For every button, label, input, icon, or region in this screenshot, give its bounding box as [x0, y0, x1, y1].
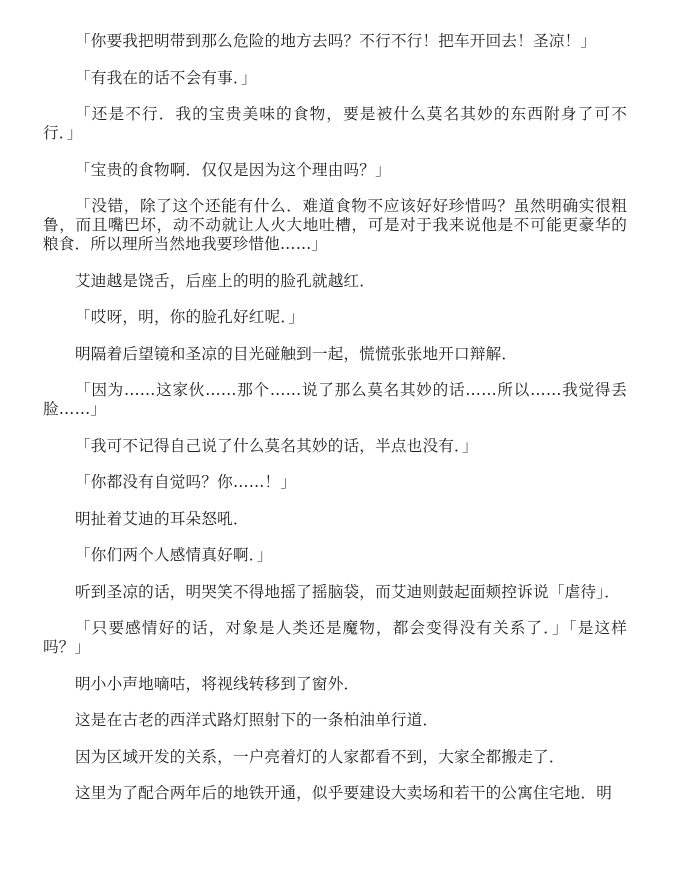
paragraph: 「你要我把明带到那么危险的地方去吗？不行不行！把车开回去！圣凉！」 — [43, 32, 627, 51]
paragraph: 「宝贵的食物啊．仅仅是因为这个理由吗？」 — [43, 161, 627, 180]
paragraph: 「我可不记得自己说了什么莫名其妙的话，半点也没有．」 — [43, 437, 627, 456]
paragraph: 「你们两个人感情真好啊．」 — [43, 546, 627, 565]
paragraph: 「因为……这家伙……那个……说了那么莫名其妙的话……所以……我觉得丢脸……」 — [43, 381, 627, 419]
paragraph: 「没错，除了这个还能有什么．难道食物不应该好好珍惜吗？虽然明确实很粗鲁，而且嘴巴… — [43, 197, 627, 254]
paragraph: 「还是不行．我的宝贵美味的食物，要是被什么莫名其妙的东西附身了可不行．」 — [43, 105, 627, 143]
paragraph: 听到圣凉的话，明哭笑不得地摇了摇脑袋，而艾迪则鼓起面颊控诉说「虐待」． — [43, 583, 627, 602]
paragraph: 因为区域开发的关系，一户亮着灯的人家都看不到，大家全都搬走了． — [43, 748, 627, 767]
paragraph: 「只要感情好的话，对象是人类还是魔物，都会变得没有关系了．」「是这样吗？」 — [43, 619, 627, 657]
paragraph: 艾迪越是饶舌，后座上的明的脸孔就越红． — [43, 272, 627, 291]
document-page: 「你要我把明带到那么危险的地方去吗？不行不行！把车开回去！圣凉！」 「有我在的话… — [43, 32, 627, 821]
paragraph: 明扯着艾迪的耳朵怒吼． — [43, 510, 627, 529]
paragraph: 「哎呀，明，你的脸孔好红呢．」 — [43, 308, 627, 327]
paragraph: 「有我在的话不会有事．」 — [43, 69, 627, 88]
paragraph: 明隔着后望镜和圣凉的目光碰触到一起，慌慌张张地开口辩解． — [43, 345, 627, 364]
paragraph: 「你都没有自觉吗？你……！」 — [43, 473, 627, 492]
paragraph: 明小小声地嘀咕，将视线转移到了窗外． — [43, 675, 627, 694]
paragraph: 这是在古老的西洋式路灯照射下的一条柏油单行道． — [43, 711, 627, 730]
paragraph: 这里为了配合两年后的地铁开通，似乎要建设大卖场和若干的公寓住宅地．明 — [43, 784, 627, 803]
